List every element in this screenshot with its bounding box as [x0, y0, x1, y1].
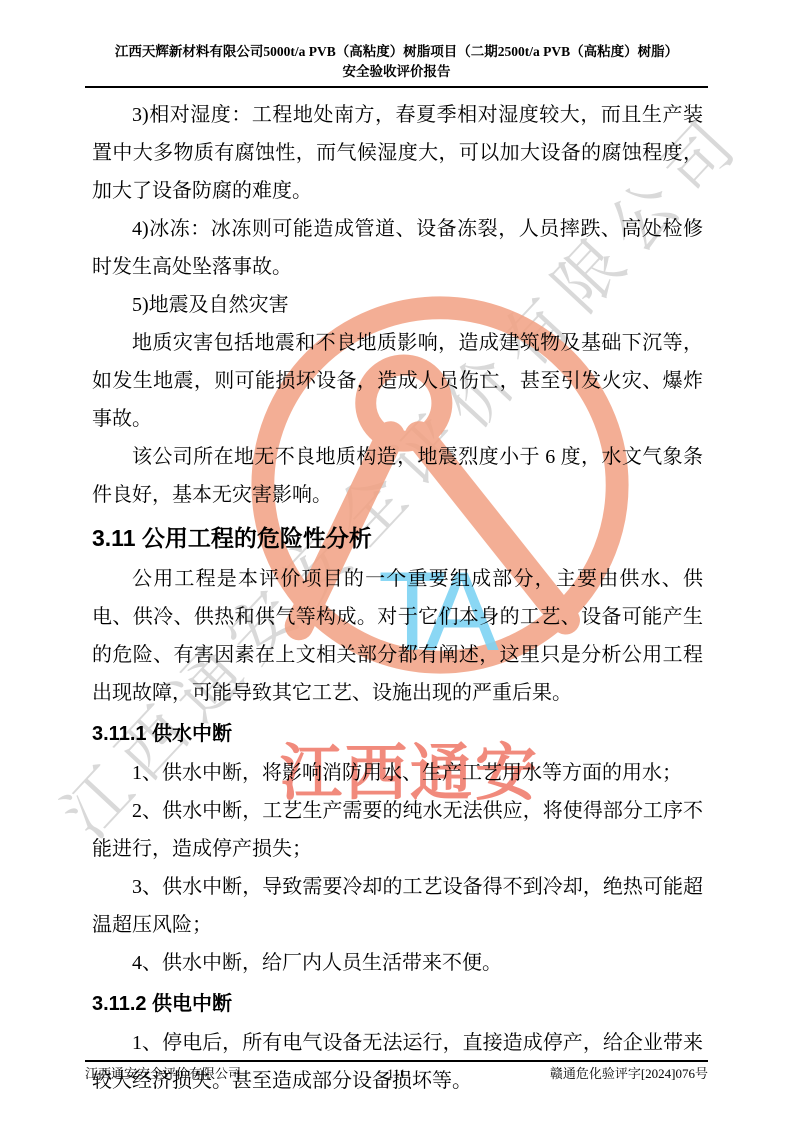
paragraph-freezing: 4)冰冻：冰冻则可能造成管道、设备冻裂，人员摔跌、高处检修时发生高处坠落事故。 — [92, 210, 703, 286]
paragraph-water-item4: 4、供水中断，给厂内人员生活带来不便。 — [92, 944, 703, 982]
paragraph-water-item2: 2、供水中断，工艺生产需要的纯水无法供应，将使得部分工序不能进行，造成停产损失； — [92, 792, 703, 868]
page-header: 江西天辉新材料有限公司5000t/a PVB（高粘度）树脂项目（二期2500t/… — [85, 42, 708, 88]
header-title-line1: 江西天辉新材料有限公司5000t/a PVB（高粘度）树脂项目（二期2500t/… — [85, 42, 708, 62]
paragraph-geo-disaster: 地质灾害包括地震和不良地质影响，造成建筑物及基础下沉等，如发生地震，则可能损坏设… — [92, 324, 703, 438]
header-title-line2: 安全验收评价报告 — [85, 62, 708, 82]
paragraph-utility-intro: 公用工程是本评价项目的一个重要组成部分，主要由供水、供电、供冷、供热和供气等构成… — [92, 560, 703, 712]
paragraph-humidity: 3)相对湿度：工程地处南方，春夏季相对湿度较大，而且生产装置中大多物质有腐蚀性，… — [92, 96, 703, 210]
paragraph-site-condition: 该公司所在地无不良地质构造，地震烈度小于 6 度，水文气象条件良好，基本无灾害影… — [92, 438, 703, 514]
section-heading-3-11-1: 3.11.1 供水中断 — [92, 720, 703, 748]
section-heading-3-11-2: 3.11.2 供电中断 — [92, 990, 703, 1018]
page-footer: 江西通安安全评价有限公司 111 赣通危化验评字[2024]076号 — [85, 1060, 708, 1083]
paragraph-water-item1: 1、供水中断，将影响消防用水、生产工艺用水等方面的用水； — [92, 754, 703, 792]
paragraph-water-item3: 3、供水中断，导致需要冷却的工艺设备得不到冷却，绝热可能超温超压风险； — [92, 868, 703, 944]
document-body: 3)相对湿度：工程地处南方，春夏季相对湿度较大，而且生产装置中大多物质有腐蚀性，… — [92, 96, 703, 1100]
paragraph-earthquake-label: 5)地震及自然灾害 — [92, 286, 703, 324]
document-page: 江西通安安全评价有限公司 TA 江西通安 江西天辉新材料有限公司5000t/a … — [0, 0, 793, 1122]
footer-doc-number: 赣通危化验评字[2024]076号 — [550, 1065, 708, 1083]
section-heading-3-11: 3.11 公用工程的危险性分析 — [92, 522, 703, 554]
footer-row: 江西通安安全评价有限公司 111 赣通危化验评字[2024]076号 — [85, 1065, 708, 1083]
